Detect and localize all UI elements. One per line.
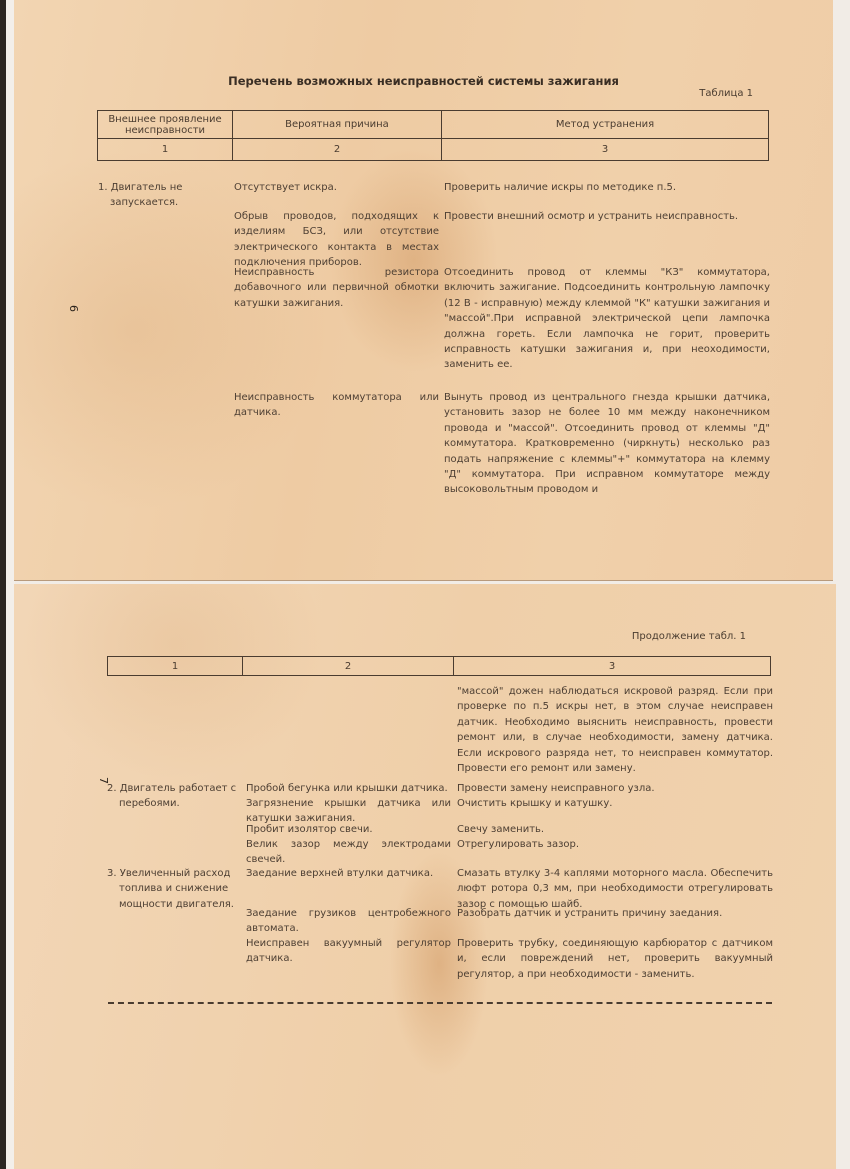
remedy-2-2: Очистить крышку и катушку. [457, 796, 773, 811]
remedy-1-1: Проверить наличие искры по методике п.5. [444, 180, 770, 195]
cause-1-3: Неисправность резистора добавочного или … [234, 265, 439, 311]
remedy-1-4: Вынуть провод из центрального гнезда кры… [444, 390, 770, 498]
table-label: Таблица 1 [699, 88, 753, 99]
header-num-3: 3 [442, 139, 769, 161]
cause-2-1: Пробой бегунка или крышки датчика. [246, 781, 451, 796]
remedy-2-3: Свечу заменить. [457, 822, 773, 837]
cause-1-2: Обрыв проводов, подходящих к изделиям БС… [234, 209, 439, 271]
remedy-continued: "массой" дожен наблюдаться искровой разр… [457, 684, 773, 776]
cause-2-4: Велик зазор между электродами свечей. [246, 837, 451, 868]
header-num-2: 2 [243, 657, 454, 676]
remedy-2-4: Отрегулировать зазор. [457, 837, 773, 852]
remedy-3-3: Проверить трубку, соединяющую карбюратор… [457, 936, 773, 982]
remedy-1-3: Отсоединить провод от клеммы "КЗ" коммут… [444, 265, 770, 373]
header-num-1: 1 [108, 657, 243, 676]
symptom-2: 2. Двигатель работает с перебоями. [107, 781, 249, 812]
remedy-1-2: Провести внешний осмотр и устранить неис… [444, 209, 770, 224]
cause-3-2: Заедание грузиков центробежного автомата… [246, 906, 451, 937]
cause-2-3: Пробит изолятор свечи. [246, 822, 451, 837]
table-header: Внешнее проявление неисправности Вероятн… [97, 110, 769, 161]
header-col-1: Внешнее проявление неисправности [98, 111, 233, 139]
cause-1-1: Отсутствует искра. [234, 180, 439, 195]
header-col-3: Метод устранения [442, 111, 769, 139]
remedy-3-2: Разобрать датчик и устранить причину зае… [457, 906, 773, 921]
cause-3-3: Неисправен вакуумный регулятор датчика. [246, 936, 451, 967]
symptom-3: 3. Увеличенный расход топлива и снижение… [107, 866, 249, 912]
cause-3-1: Заедание верхней втулки датчика. [246, 866, 451, 881]
page-7: Продолжение табл. 1 1 2 3 7 "массой" дож… [14, 584, 836, 1169]
header-col-2: Вероятная причина [233, 111, 442, 139]
continuation-label: Продолжение табл. 1 [632, 631, 746, 642]
cause-1-4: Неисправность коммутатора или датчика. [234, 390, 439, 421]
cut-line [108, 1002, 772, 1004]
page-6: Перечень возможных неисправностей систем… [14, 0, 833, 581]
document-title: Перечень возможных неисправностей систем… [14, 74, 833, 88]
remedy-2-1: Провести замену неисправного узла. [457, 781, 773, 796]
symptom-1: 1. Двигатель не запускается. [98, 180, 238, 211]
page-number: 6 [67, 305, 80, 312]
header-num-1: 1 [98, 139, 233, 161]
header-num-2: 2 [233, 139, 442, 161]
header-num-3: 3 [454, 657, 771, 676]
table-header-continued: 1 2 3 [107, 656, 771, 676]
